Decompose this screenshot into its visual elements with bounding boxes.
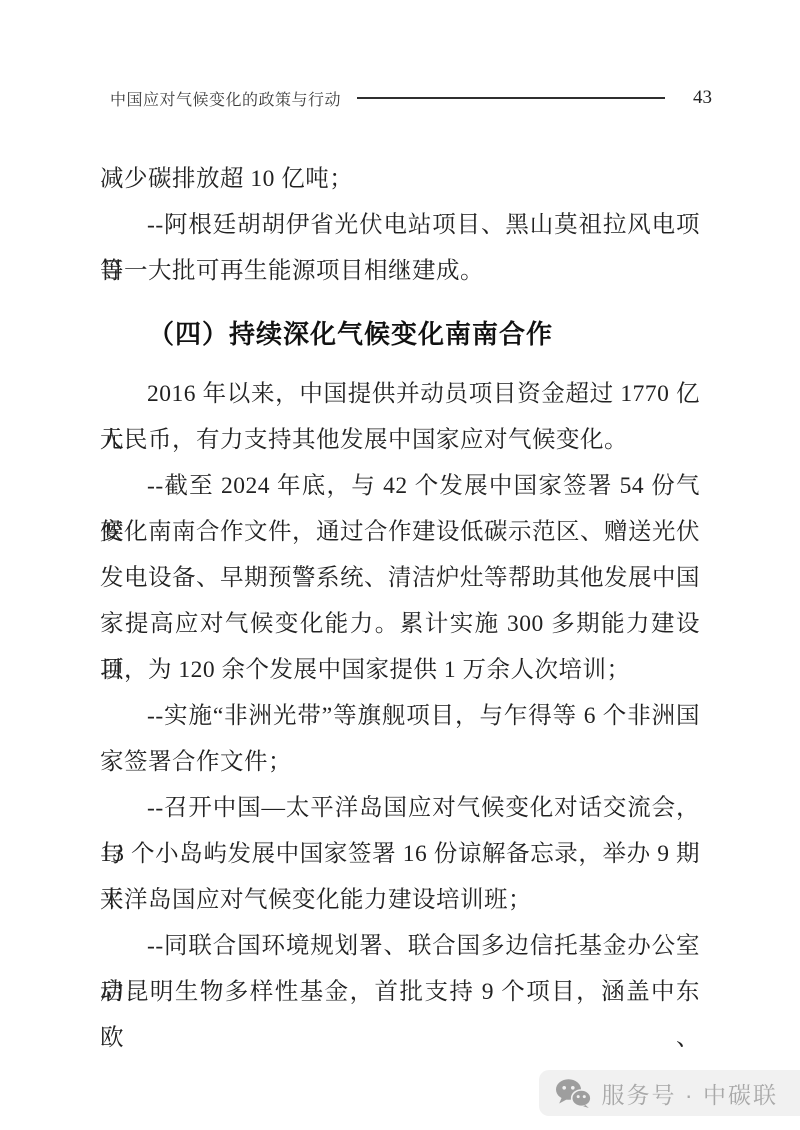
body-line: 等一大批可再生能源项目相继建成。 <box>100 248 700 294</box>
body-line: 平洋岛国应对气候变化能力建设培训班； <box>100 877 700 923</box>
body-line: 目，为 120 余个发展中国家提供 1 万余人次培训； <box>100 647 700 693</box>
document-page: 中国应对气候变化的政策与行动 43 减少碳排放超 10 亿吨； --阿根廷胡胡伊… <box>0 0 800 1130</box>
body-line: --阿根廷胡胡伊省光伏电站项目、黑山莫祖拉风电项目 <box>100 202 700 248</box>
body-line: 减少碳排放超 10 亿吨； <box>100 156 700 202</box>
wechat-icon <box>555 1078 591 1108</box>
body-line: --召开中国—太平洋岛国应对气候变化对话交流会，与 <box>100 785 700 831</box>
body-line: 家提高应对气候变化能力。累计实施 300 多期能力建设项 <box>100 601 700 647</box>
body-line: --实施“非洲光带”等旗舰项目，与乍得等 6 个非洲国 <box>100 693 700 739</box>
section-heading: （四）持续深化气候变化南南合作 <box>100 312 700 358</box>
body-line: 13 个小岛屿发展中国家签署 16 份谅解备忘录，举办 9 期太 <box>100 831 700 877</box>
body-line: --截至 2024 年底，与 42 个发展中国家签署 54 份气候 <box>100 463 700 509</box>
body-line: 家签署合作文件； <box>100 739 700 785</box>
watermark-badge: 服务号 · 中碳联 <box>539 1070 800 1116</box>
body-line: 动昆明生物多样性基金，首批支持 9 个项目，涵盖中东欧、 <box>100 969 700 1015</box>
page-header: 中国应对气候变化的政策与行动 43 <box>110 86 712 110</box>
body-line: 发电设备、早期预警系统、清洁炉灶等帮助其他发展中国 <box>100 555 700 601</box>
body-line: --同联合国环境规划署、联合国多边信托基金办公室启 <box>100 923 700 969</box>
body-line: 变化南南合作文件，通过合作建设低碳示范区、赠送光伏 <box>100 509 700 555</box>
body-line: 人民币，有力支持其他发展中国家应对气候变化。 <box>100 417 700 463</box>
document-body: 减少碳排放超 10 亿吨； --阿根廷胡胡伊省光伏电站项目、黑山莫祖拉风电项目 … <box>100 156 700 1015</box>
header-title: 中国应对气候变化的政策与行动 <box>110 87 341 110</box>
watermark-label: 服务号 · 中碳联 <box>602 1077 778 1110</box>
page-number: 43 <box>693 87 712 109</box>
body-line: 2016 年以来，中国提供并动员项目资金超过 1770 亿元 <box>100 371 700 417</box>
header-rule <box>357 97 665 99</box>
